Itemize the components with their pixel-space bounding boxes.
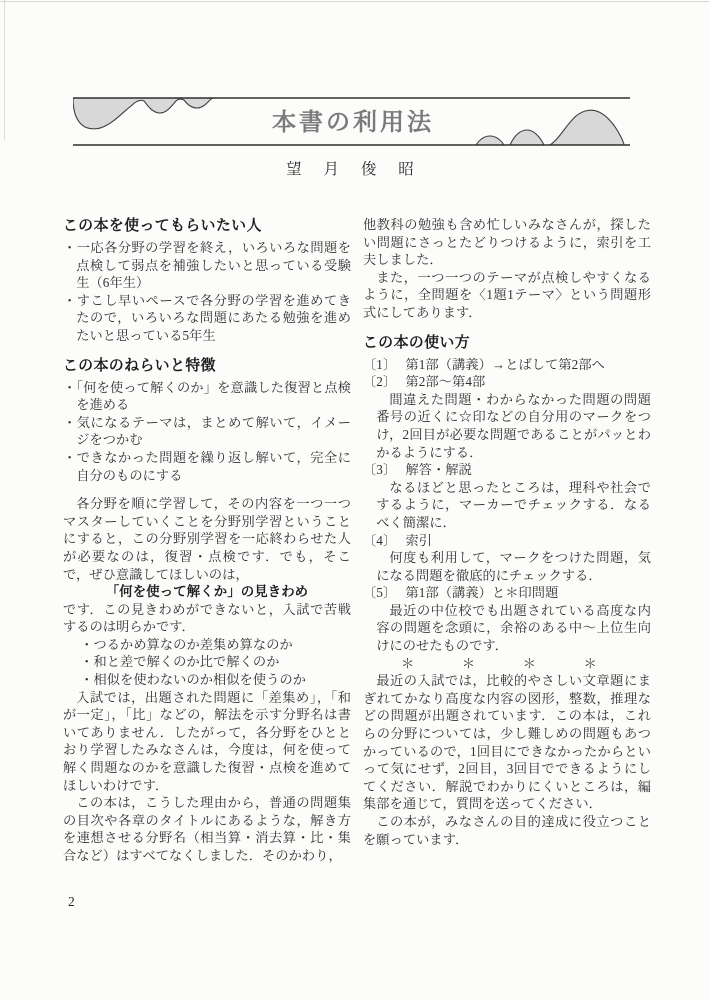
usage-item: 〔5〕 第1部（講義）と＊印問題 最近の中位校でも出題されている高度な内容の問題… — [363, 584, 651, 654]
bullet-item: ・すこし早いペースで各分野の学習を進めてきたので，いろいろな問題にあたる勉強を進… — [63, 292, 351, 345]
paragraph: 他教科の勉強も含め忙しいみなさんが，探したい問題にさっとたどりつけるように，索引… — [363, 216, 651, 269]
bullet-text: 和と差で解くのか比で解くのか — [93, 654, 279, 669]
emphasized-line: 「何を使って解くか」の見きわめ — [63, 583, 351, 601]
usage-item-title: 第2部〜第4部 — [406, 373, 486, 391]
asterisk-separator: ＊ ＊ ＊ ＊ — [401, 655, 597, 673]
bullet-item: ・できなかった問題を繰り返し解いて，完全に自分のものにする — [63, 449, 351, 484]
bullet-marker: ・ — [63, 293, 77, 308]
usage-item-label: 〔3〕 — [363, 461, 396, 479]
scanned-book-page: { "glyphs": { "bullet": "・" }, "header":… — [0, 0, 709, 1000]
left-column: この本を使ってもらいたい人 ・一応各分野の学習を終え，いろいろな問題を点検して弱… — [63, 216, 351, 865]
usage-item-label: 〔4〕 — [363, 532, 396, 550]
paragraph: 各分野を順に学習して，その内容を一つ一つマスターしていくことを分野別学習というこ… — [63, 495, 351, 583]
section-heading-target-readers: この本を使ってもらいたい人 — [63, 216, 351, 236]
bullet-marker: ・ — [63, 380, 76, 395]
bullet-item: ・つるかめ算なのか差集め算なのか — [80, 636, 351, 654]
paragraph: また，一つ一つのテーマが点検しやすくなるように，全問題を〈1題1テーマ〉という問… — [363, 269, 651, 322]
bullet-text: 「何を使って解くのか」を意識した復習と点検を進める — [76, 380, 351, 413]
usage-item-head: 〔5〕 第1部（講義）と＊印問題 — [363, 584, 651, 602]
bullet-marker: ・ — [80, 672, 93, 687]
asterisk: ＊ — [584, 655, 597, 673]
bullet-item: ・気になるテーマは，まとめて解いて，イメージをつかむ — [63, 414, 351, 449]
usage-item-label: 〔5〕 — [363, 584, 396, 602]
bullet-text: 一応各分野の学習を終え，いろいろな問題を点検して弱点を補強したいと思っている受験… — [76, 240, 351, 290]
scan-artifact-top-line — [0, 1, 709, 2]
bullet-marker: ・ — [80, 637, 93, 652]
bullet-text: すこし早いペースで各分野の学習を進めてきたので，いろいろな問題にあたる勉強を進め… — [76, 293, 351, 343]
bullet-marker: ・ — [80, 654, 93, 669]
paragraph: 入試では，出題された問題に「差集め」，「和が一定」，「比」などの，解法を示す分野… — [63, 689, 351, 795]
usage-item: 〔4〕 索引 何度も利用して，マークをつけた問題，気になる問題を徹底的にチェック… — [363, 532, 651, 585]
page-number: 2 — [68, 894, 75, 910]
right-column: 他教科の勉強も含め忙しいみなさんが，探したい問題にさっとたどりつけるように，索引… — [363, 216, 651, 865]
bullet-text: 相似を使わないのか相似を使うのか — [93, 672, 306, 687]
usage-item-body: 最近の中位校でも出題されている高度な内容の問題を念頭に，余裕のある中〜上位生向け… — [376, 602, 651, 655]
paragraph: です．この見きわめができないと，入試で苦戦するのは明らかです． — [63, 601, 351, 636]
bullet-item: ・一応各分野の学習を終え，いろいろな問題を点検して弱点を補強したいと思っている受… — [63, 239, 351, 292]
paragraph: 最近の入試では，比較的やさしい文章題にまぎれてかなり高度な内容の図形，整数，推理… — [363, 672, 651, 813]
usage-item-head: 〔4〕 索引 — [363, 532, 651, 550]
asterisk: ＊ — [523, 655, 536, 673]
usage-item-head: 〔2〕 第2部〜第4部 — [363, 373, 651, 391]
choice-bullet-list: ・つるかめ算なのか差集め算なのか ・和と差で解くのか比で解くのか ・相似を使わな… — [80, 636, 351, 689]
bullet-item: ・和と差で解くのか比で解くのか — [80, 653, 351, 671]
bullet-text: 気になるテーマは，まとめて解いて，イメージをつかむ — [76, 415, 351, 448]
page-title: 本書の利用法 — [73, 102, 633, 137]
paragraph: この本は，こうした理由から，普通の問題集の目次や各章のタイトルにあるような，解き… — [63, 794, 351, 864]
usage-item: 〔2〕 第2部〜第4部 間違えた問題・わからなかった問題の問題番号の近くに☆印な… — [363, 373, 651, 461]
bullet-item: ・相似を使わないのか相似を使うのか — [80, 671, 351, 689]
usage-item-label: 〔1〕 — [363, 356, 396, 374]
chapter-header: 本書の利用法 — [73, 95, 633, 155]
usage-item-head: 〔3〕 解答・解説 — [363, 461, 651, 479]
bullet-marker: ・ — [63, 450, 77, 465]
usage-item-title: 第1部（講義）→とばして第2部へ — [406, 356, 605, 374]
paragraph: この本が，みなさんの目的達成に役立つことを願っています． — [363, 813, 651, 848]
bullet-text: つるかめ算なのか差集め算なのか — [93, 637, 292, 652]
usage-item-body: なるほどと思ったところは，理科や社会でするように，マーカーでチェックする．なるべ… — [376, 479, 651, 532]
usage-item-title: 索引 — [406, 532, 433, 550]
usage-item: 〔1〕 第1部（講義）→とばして第2部へ — [363, 356, 651, 374]
usage-item: 〔3〕 解答・解説 なるほどと思ったところは，理科や社会でするように，マーカーで… — [363, 461, 651, 531]
author-name: 望 月 俊 昭 — [0, 157, 709, 179]
scan-artifact-left-line — [4, 0, 5, 140]
two-column-body: この本を使ってもらいたい人 ・一応各分野の学習を終え，いろいろな問題を点検して弱… — [63, 216, 651, 865]
asterisk: ＊ — [462, 655, 475, 673]
bullet-marker: ・ — [63, 240, 77, 255]
bullet-text: できなかった問題を繰り返し解いて，完全に自分のものにする — [76, 450, 351, 483]
section-heading-aims-features: この本のねらいと特徴 — [63, 356, 351, 376]
usage-item-body: 間違えた問題・わからなかった問題の問題番号の近くに☆印などの自分用のマークをつけ… — [376, 391, 651, 461]
usage-item-title: 解答・解説 — [406, 461, 472, 479]
usage-item-head: 〔1〕 第1部（講義）→とばして第2部へ — [363, 356, 651, 374]
usage-item-body: 何度も利用して，マークをつけた問題，気になる問題を徹底的にチェックする． — [376, 549, 651, 584]
asterisk: ＊ — [401, 655, 414, 673]
bullet-item: ・「何を使って解くのか」を意識した復習と点検を進める — [63, 379, 351, 414]
bullet-marker: ・ — [63, 415, 77, 430]
section-heading-how-to-use: この本の使い方 — [363, 333, 651, 353]
usage-item-title: 第1部（講義）と＊印問題 — [406, 584, 559, 602]
usage-item-label: 〔2〕 — [363, 373, 396, 391]
